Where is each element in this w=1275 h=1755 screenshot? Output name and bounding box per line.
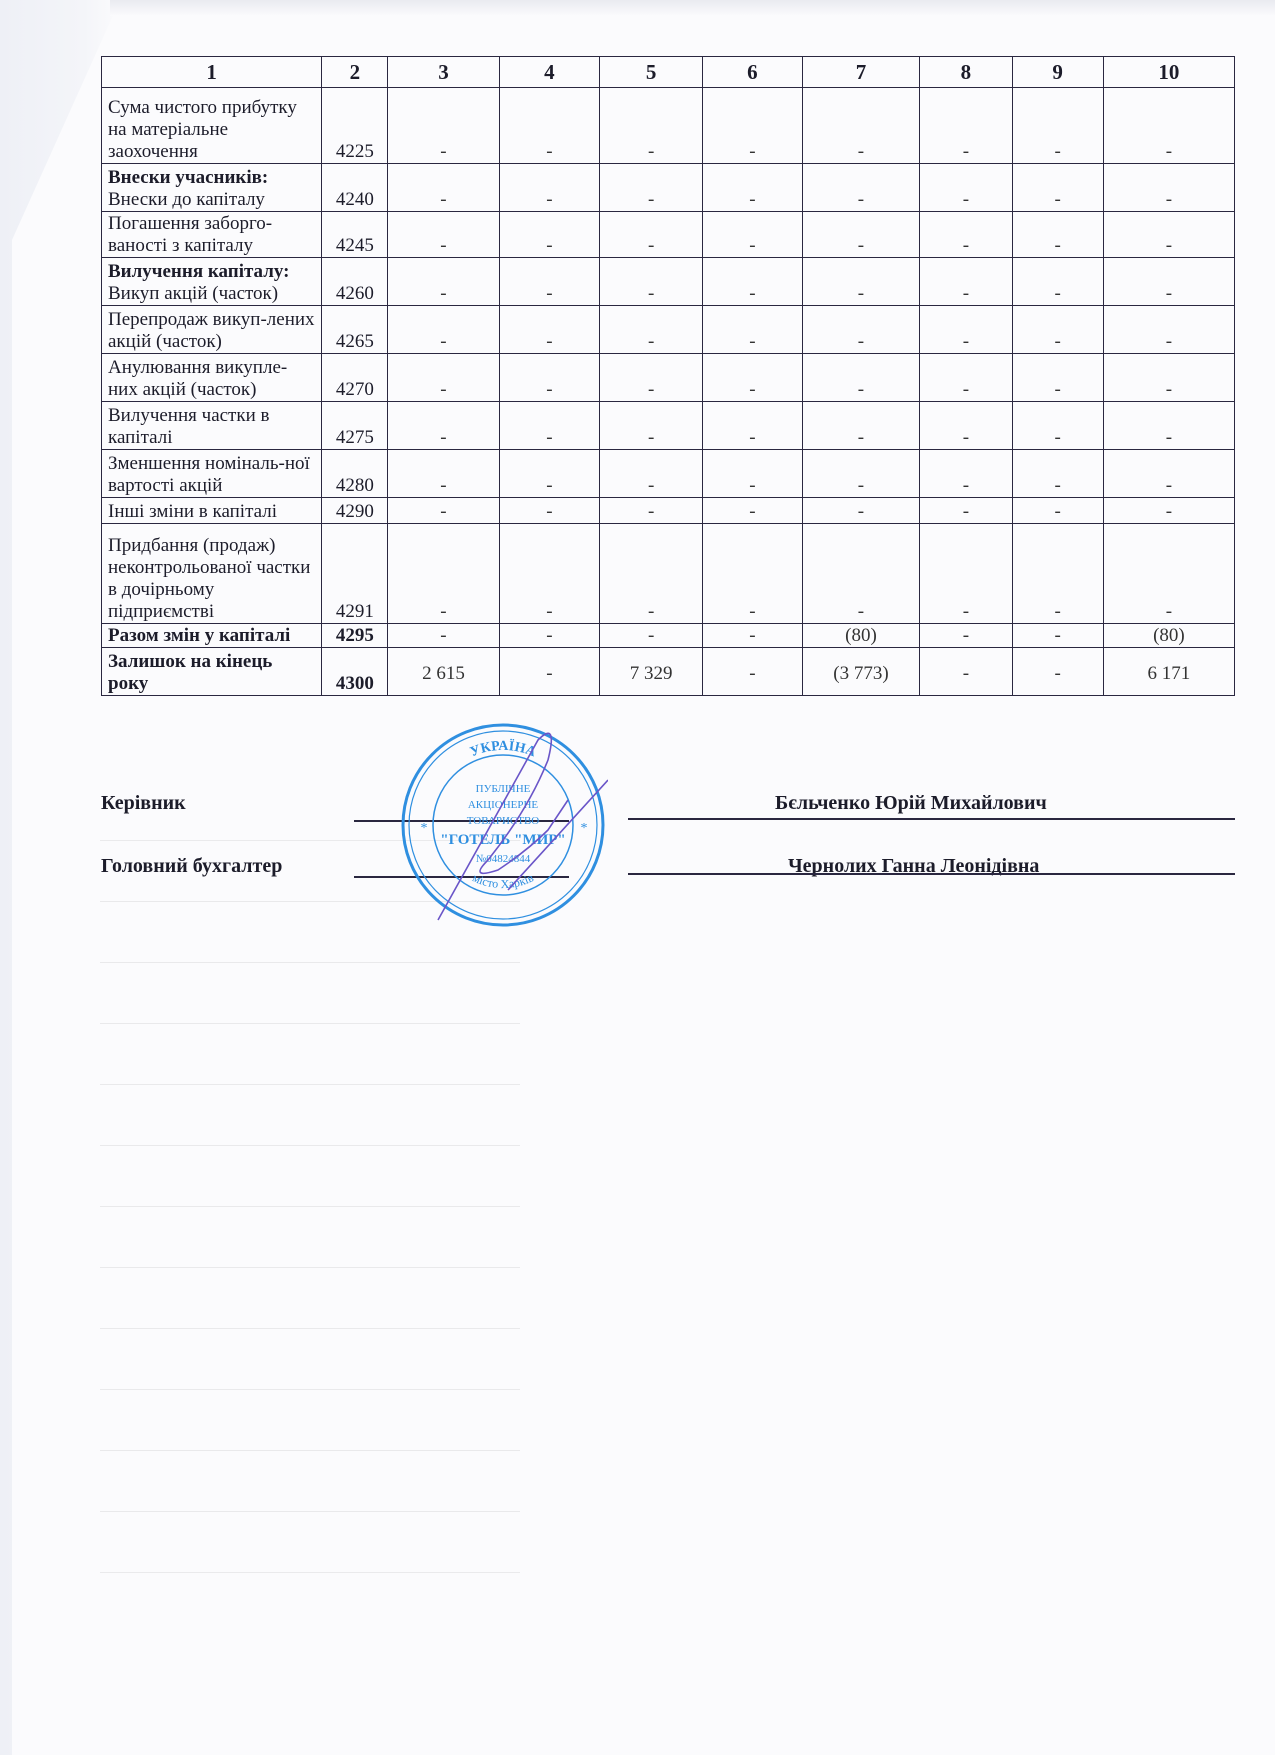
cell-col-5: 7 329: [600, 648, 703, 696]
director-name: Бєльченко Юрій Михайлович: [775, 792, 1047, 815]
column-number-7: 7: [802, 57, 919, 88]
cell-col-5: -: [600, 450, 703, 498]
cell-col-3: 2 615: [388, 648, 499, 696]
cell-col-10: -: [1103, 402, 1234, 450]
row-label-text: Сума чистого прибутку на матеріальне зао…: [108, 97, 297, 162]
row-label: Погашення заборго-ваності з капіталу: [102, 212, 322, 258]
company-seal-stamp: УКРАЇНА ПУБЛІЧНЕ АКЦІОНЕРНЕ ТОВАРИСТВО "…: [398, 720, 608, 930]
cell-col-3: -: [388, 306, 499, 354]
row-label: Зменшення номіналь-ної вартості акцій: [102, 450, 322, 498]
row-label: Сума чистого прибутку на матеріальне зао…: [102, 88, 322, 164]
table-row: Перепродаж викуп-лених акцій (часток)426…: [102, 306, 1235, 354]
cell-col-5: -: [600, 498, 703, 524]
table-row: Зменшення номіналь-ної вартості акцій428…: [102, 450, 1235, 498]
cell-col-5: -: [600, 624, 703, 648]
cell-col-7: (80): [802, 624, 919, 648]
cell-col-7: -: [802, 498, 919, 524]
cell-col-6: -: [703, 624, 803, 648]
cell-col-6: -: [703, 648, 803, 696]
cell-col-6: -: [703, 164, 803, 212]
cell-col-10: -: [1103, 498, 1234, 524]
cell-col-8: -: [920, 648, 1012, 696]
column-number-3: 3: [388, 57, 499, 88]
cell-col-8: -: [920, 450, 1012, 498]
row-code: 4270: [322, 354, 388, 402]
row-code: 4295: [322, 624, 388, 648]
row-label: Анулювання викупле-них акцій (часток): [102, 354, 322, 402]
accountant-title: Головний бухгалтер: [101, 855, 282, 878]
cell-col-6: -: [703, 524, 803, 624]
cell-col-4: -: [499, 450, 600, 498]
cell-col-8: -: [920, 88, 1012, 164]
cell-col-8: -: [920, 164, 1012, 212]
cell-col-6: -: [703, 354, 803, 402]
cell-col-4: -: [499, 258, 600, 306]
column-number-6: 6: [703, 57, 803, 88]
row-label-text: Інші зміни в капіталі: [108, 501, 277, 522]
cell-col-3: -: [388, 498, 499, 524]
row-code: 4280: [322, 450, 388, 498]
cell-col-4: -: [499, 354, 600, 402]
cell-col-5: -: [600, 164, 703, 212]
stamp-line3: ТОВАРИСТВО: [467, 815, 540, 827]
cell-col-3: -: [388, 402, 499, 450]
cell-col-5: -: [600, 306, 703, 354]
cell-col-10: (80): [1103, 624, 1234, 648]
cell-col-4: -: [499, 648, 600, 696]
cell-col-9: -: [1012, 88, 1103, 164]
cell-col-7: -: [802, 524, 919, 624]
row-label-text: Зменшення номіналь-ної вартості акцій: [108, 453, 310, 496]
cell-col-9: -: [1012, 164, 1103, 212]
cell-col-7: -: [802, 306, 919, 354]
row-label: Придбання (продаж) неконтрольованої част…: [102, 524, 322, 624]
cell-col-9: -: [1012, 402, 1103, 450]
cell-col-4: -: [499, 524, 600, 624]
row-label: Інші зміни в капіталі: [102, 498, 322, 524]
cell-col-10: -: [1103, 306, 1234, 354]
cell-col-4: -: [499, 624, 600, 648]
cell-col-9: -: [1012, 450, 1103, 498]
cell-col-10: -: [1103, 88, 1234, 164]
cell-col-7: -: [802, 354, 919, 402]
cell-col-9: -: [1012, 648, 1103, 696]
svg-text:*: *: [581, 821, 588, 836]
row-label-text: Залишок на кінець року: [108, 651, 272, 694]
director-title: Керівник: [101, 792, 186, 815]
column-number-2: 2: [322, 57, 388, 88]
director-name-line: [628, 818, 1235, 820]
svg-text:місто Харків: місто Харків: [470, 870, 536, 891]
cell-col-6: -: [703, 88, 803, 164]
cell-col-9: -: [1012, 306, 1103, 354]
stamp-bottom-arc: місто Харків: [470, 870, 536, 891]
cell-col-3: -: [388, 88, 499, 164]
row-label: Перепродаж викуп-лених акцій (часток): [102, 306, 322, 354]
cell-col-3: -: [388, 624, 499, 648]
row-label: Вилучення частки в капіталі: [102, 402, 322, 450]
cell-col-3: -: [388, 212, 499, 258]
row-label-text: Анулювання викупле-них акцій (часток): [108, 357, 287, 400]
row-label-text: Викуп акцій (часток): [108, 283, 278, 304]
column-number-5: 5: [600, 57, 703, 88]
row-label: Вилучення капіталу:Викуп акцій (часток): [102, 258, 322, 306]
cell-col-9: -: [1012, 212, 1103, 258]
row-label-text: Вилучення частки в капіталі: [108, 405, 269, 448]
row-label: Разом змін у капіталі: [102, 624, 322, 648]
cell-col-7: -: [802, 402, 919, 450]
cell-col-4: -: [499, 306, 600, 354]
svg-text:*: *: [421, 821, 428, 836]
table-row: Внески учасників:Внески до капіталу4240-…: [102, 164, 1235, 212]
cell-col-3: -: [388, 258, 499, 306]
cell-col-9: -: [1012, 354, 1103, 402]
stamp-line1: ПУБЛІЧНЕ: [476, 783, 531, 795]
cell-col-5: -: [600, 258, 703, 306]
table-row: Разом змін у капіталі4295----(80)--(80): [102, 624, 1235, 648]
cell-col-8: -: [920, 258, 1012, 306]
row-label-text: Придбання (продаж) неконтрольованої част…: [108, 535, 310, 622]
cell-col-10: -: [1103, 354, 1234, 402]
cell-col-7: -: [802, 450, 919, 498]
cell-col-7: -: [802, 164, 919, 212]
cell-col-9: -: [1012, 498, 1103, 524]
row-code: 4225: [322, 88, 388, 164]
cell-col-3: -: [388, 524, 499, 624]
cell-col-4: -: [499, 498, 600, 524]
cell-col-5: -: [600, 354, 703, 402]
cell-col-5: -: [600, 402, 703, 450]
equity-changes-table: 12345678910 Сума чистого прибутку на мат…: [101, 56, 1235, 696]
row-label-text: Погашення заборго-ваності з капіталу: [108, 213, 272, 256]
table-row: Анулювання викупле-них акцій (часток)427…: [102, 354, 1235, 402]
row-code: 4245: [322, 212, 388, 258]
row-code: 4290: [322, 498, 388, 524]
cell-col-3: -: [388, 450, 499, 498]
cell-col-4: -: [499, 88, 600, 164]
row-code: 4260: [322, 258, 388, 306]
scan-top-edge: [110, 0, 1275, 16]
cell-col-4: -: [499, 402, 600, 450]
cell-col-10: -: [1103, 258, 1234, 306]
cell-col-8: -: [920, 354, 1012, 402]
table-row: Залишок на кінець року43002 615-7 329-(3…: [102, 648, 1235, 696]
table-row: Вилучення капіталу:Викуп акцій (часток)4…: [102, 258, 1235, 306]
row-label-text: Внески до капіталу: [108, 189, 265, 210]
column-number-8: 8: [920, 57, 1012, 88]
cell-col-7: -: [802, 88, 919, 164]
cell-col-7: (3 773): [802, 648, 919, 696]
cell-col-5: -: [600, 88, 703, 164]
column-number-10: 10: [1103, 57, 1234, 88]
cell-col-8: -: [920, 402, 1012, 450]
cell-col-6: -: [703, 258, 803, 306]
cell-col-10: -: [1103, 524, 1234, 624]
row-code: 4265: [322, 306, 388, 354]
column-number-1: 1: [102, 57, 322, 88]
cell-col-7: -: [802, 212, 919, 258]
cell-col-9: -: [1012, 524, 1103, 624]
row-label: Залишок на кінець року: [102, 648, 322, 696]
cell-col-6: -: [703, 450, 803, 498]
cell-col-6: -: [703, 306, 803, 354]
cell-col-8: -: [920, 212, 1012, 258]
cell-col-9: -: [1012, 258, 1103, 306]
cell-col-3: -: [388, 164, 499, 212]
row-code: 4240: [322, 164, 388, 212]
table-row: Сума чистого прибутку на матеріальне зао…: [102, 88, 1235, 164]
table-row: Погашення заборго-ваності з капіталу4245…: [102, 212, 1235, 258]
column-number-9: 9: [1012, 57, 1103, 88]
row-code: 4275: [322, 402, 388, 450]
cell-col-3: -: [388, 354, 499, 402]
cell-col-6: -: [703, 498, 803, 524]
row-label-text: Разом змін у капіталі: [108, 625, 290, 646]
cell-col-10: -: [1103, 212, 1234, 258]
cell-col-10: -: [1103, 164, 1234, 212]
cell-col-6: -: [703, 402, 803, 450]
cell-col-9: -: [1012, 624, 1103, 648]
cell-col-4: -: [499, 212, 600, 258]
cell-col-4: -: [499, 164, 600, 212]
cell-col-7: -: [802, 258, 919, 306]
table-row: Вилучення частки в капіталі4275--------: [102, 402, 1235, 450]
row-section-heading: Вилучення капіталу:: [108, 261, 315, 283]
cell-col-8: -: [920, 498, 1012, 524]
table-row: Інші зміни в капіталі4290--------: [102, 498, 1235, 524]
cell-col-8: -: [920, 524, 1012, 624]
cell-col-5: -: [600, 212, 703, 258]
cell-col-10: 6 171: [1103, 648, 1234, 696]
row-section-heading: Внески учасників:: [108, 167, 315, 189]
row-code: 4300: [322, 648, 388, 696]
cell-col-10: -: [1103, 450, 1234, 498]
column-number-row: 12345678910: [102, 57, 1235, 88]
row-label: Внески учасників:Внески до капіталу: [102, 164, 322, 212]
cell-col-8: -: [920, 624, 1012, 648]
cell-col-6: -: [703, 212, 803, 258]
row-label-text: Перепродаж викуп-лених акцій (часток): [108, 309, 315, 352]
cell-col-8: -: [920, 306, 1012, 354]
table-row: Придбання (продаж) неконтрольованої част…: [102, 524, 1235, 624]
row-code: 4291: [322, 524, 388, 624]
cell-col-5: -: [600, 524, 703, 624]
accountant-name-line: [628, 873, 1235, 875]
column-number-4: 4: [499, 57, 600, 88]
